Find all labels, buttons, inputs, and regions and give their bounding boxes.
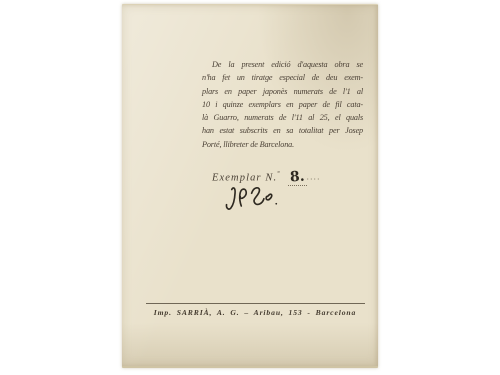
- colophon-line: Porté, llibreter de Barcelona.: [202, 138, 363, 151]
- book-page: De la present edició d'aquesta obra se n…: [122, 4, 378, 368]
- colophon-line: là Guarro, numerats de l'11 al 25, el qu…: [202, 111, 363, 124]
- exemplar-number: 8.: [290, 171, 305, 182]
- colophon-text: De la present edició d'aquesta obra se n…: [202, 58, 363, 151]
- colophon-line: 10 i quinze exemplars en paper de fil ca…: [202, 98, 363, 111]
- signature-scribble: [222, 182, 284, 212]
- exemplar-ordinal: º: [277, 170, 279, 178]
- colophon-line: n'ha fet un tiratge especial de deu exem…: [202, 71, 363, 84]
- footer-rule: [146, 303, 365, 304]
- colophon-line: plars en paper japonès numerats de l'1 a…: [202, 85, 363, 98]
- photo-background: De la present edició d'aquesta obra se n…: [0, 0, 500, 375]
- colophon-line: De la present edició d'aquesta obra se: [202, 58, 363, 71]
- leader-dots: ....: [307, 173, 321, 182]
- imprint-text: Imp. SARRIÀ, A. G. – Aribau, 153 - Barce…: [136, 308, 374, 317]
- colophon-line: han estat subscrits en sa totalitat per …: [202, 124, 363, 137]
- exemplar-number-field: 8.: [288, 172, 307, 186]
